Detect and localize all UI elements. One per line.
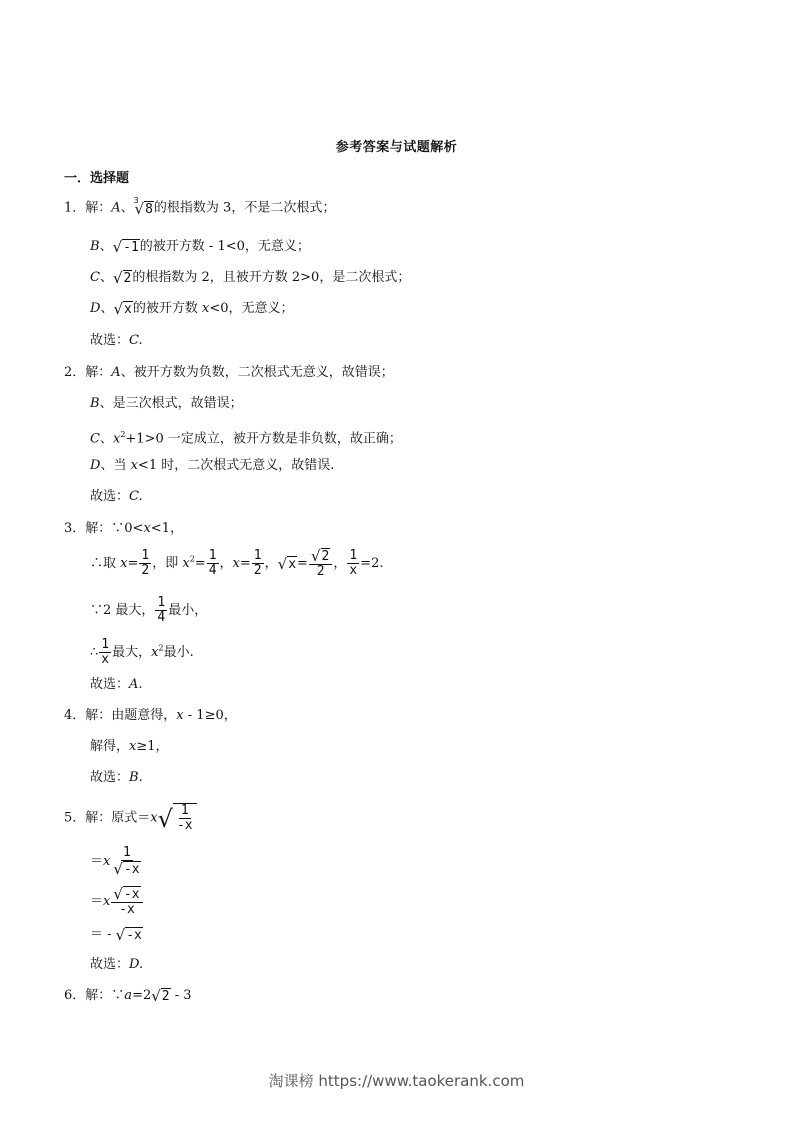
denominator: x bbox=[99, 653, 111, 667]
denominator: 4 bbox=[207, 564, 219, 578]
q4-line-1: 4．解：由题意得，x - 1≥0， bbox=[64, 707, 237, 725]
separator: 、 bbox=[100, 270, 113, 285]
radicand: -x bbox=[123, 861, 141, 877]
text: 、被开方数为负数，二次根式无意义，故错误； bbox=[121, 365, 394, 380]
denominator: 2 bbox=[315, 565, 327, 579]
q3-line-2: ∴取 x=12，即 x2=14，x=12，√x=√22，1x=2. bbox=[90, 548, 383, 579]
numerator: 1 bbox=[347, 549, 359, 564]
radical-icon: √ bbox=[151, 988, 161, 1004]
answer-label: 故选： bbox=[90, 333, 129, 348]
root-index: 3 bbox=[134, 192, 139, 210]
radical-icon: √ bbox=[113, 301, 123, 317]
denominator: 2 bbox=[139, 564, 151, 578]
radical-icon: √ bbox=[113, 239, 123, 255]
radicand: x bbox=[123, 301, 133, 317]
variable: x bbox=[233, 556, 240, 571]
text: 解：∵ bbox=[85, 988, 124, 1003]
separator: 、 bbox=[100, 301, 113, 316]
separator: 、 bbox=[121, 201, 134, 216]
square-root: √2 bbox=[151, 988, 170, 1004]
q1-line-3: C、√2的根指数为 2，且被开方数 2>0，是二次根式； bbox=[90, 269, 410, 287]
q4-answer: 故选：B. bbox=[90, 769, 143, 787]
fraction: 14 bbox=[155, 596, 167, 625]
text: 解：由题意得， bbox=[85, 708, 176, 723]
square-root: √-x bbox=[116, 927, 143, 943]
variable: x bbox=[103, 854, 110, 869]
option-label: A bbox=[111, 201, 120, 216]
fraction: 1-x bbox=[175, 804, 195, 833]
q5-line-3: ＝x√-x-x bbox=[90, 886, 144, 917]
cube-root: 3√8 bbox=[134, 199, 154, 217]
square-root: √-x bbox=[113, 886, 140, 902]
equals: = bbox=[240, 556, 251, 571]
numerator: 1 bbox=[139, 549, 151, 564]
answer-choice: C. bbox=[129, 489, 143, 504]
text: <0，无意义； bbox=[209, 301, 293, 316]
numerator: √2 bbox=[309, 548, 332, 565]
page-title: 参考答案与试题解析 bbox=[0, 136, 793, 155]
footer-watermark: 淘课榜 https://www.taokerank.com bbox=[0, 1070, 793, 1091]
radicand: -1 bbox=[122, 239, 140, 255]
numerator: 1 bbox=[99, 638, 111, 653]
variable: x bbox=[131, 458, 138, 473]
fraction: 12 bbox=[139, 549, 151, 578]
q6-line-1: 6．解：∵a=2√2 - 3 bbox=[64, 987, 192, 1005]
q1-answer: 故选：C. bbox=[90, 332, 143, 350]
denominator: -x bbox=[175, 819, 195, 833]
text: 解得， bbox=[90, 739, 129, 754]
text: - 3 bbox=[171, 988, 192, 1003]
text: 、是三次根式，故错误； bbox=[100, 396, 243, 411]
variable: x bbox=[143, 521, 150, 536]
equals: ＝ bbox=[90, 894, 103, 909]
text: ∵2 最大， bbox=[90, 603, 154, 618]
text: ∴取 bbox=[90, 556, 120, 571]
radical-icon: √ bbox=[311, 548, 321, 564]
q5-answer: 故选：D. bbox=[90, 956, 143, 974]
q5-line-2: ＝x1√-x bbox=[90, 846, 144, 877]
answer-label: 故选： bbox=[90, 770, 129, 785]
fraction: 12 bbox=[252, 549, 264, 578]
variable: a bbox=[124, 988, 132, 1003]
equals: = bbox=[127, 556, 138, 571]
numerator: √-x bbox=[111, 886, 142, 903]
radical-icon: √ bbox=[278, 556, 288, 572]
text: 的根指数为 3，不是二次根式； bbox=[154, 201, 335, 216]
q2-line-3: C、x2+1>0 一定成立，被开方数是非负数，故正确； bbox=[90, 426, 402, 448]
text: ， bbox=[220, 556, 233, 571]
text: =2 bbox=[132, 988, 151, 1003]
text: ， bbox=[265, 556, 278, 571]
numerator: 1 bbox=[155, 596, 167, 611]
radical-icon: √ bbox=[116, 927, 126, 943]
numerator: 1 bbox=[252, 549, 264, 564]
radical-icon: √ bbox=[113, 270, 123, 286]
text: - 1≥0， bbox=[184, 708, 237, 723]
q2-line-4: D、当 x<1 时，二次根式无意义，故错误. bbox=[90, 457, 334, 475]
separator: 、 bbox=[100, 431, 113, 446]
numerator: 1 bbox=[121, 846, 133, 861]
radicand: 8 bbox=[144, 201, 154, 217]
q3-answer: 故选：A. bbox=[90, 676, 143, 694]
answer-choice: D. bbox=[129, 957, 143, 972]
square-root: √-1 bbox=[113, 239, 140, 255]
fraction: 1x bbox=[99, 638, 111, 667]
radicand: 2 bbox=[321, 548, 331, 564]
fraction: √22 bbox=[309, 548, 332, 579]
text: ，即 bbox=[152, 556, 182, 571]
radicand: 2 bbox=[161, 988, 171, 1004]
text: ≥1， bbox=[136, 739, 168, 754]
answer-label: 故选： bbox=[90, 489, 129, 504]
q5-line-4: ＝ - √-x bbox=[90, 926, 143, 944]
denominator: √-x bbox=[111, 861, 142, 877]
question-number: 3． bbox=[64, 521, 85, 536]
separator: 、 bbox=[100, 239, 113, 254]
radical-icon: √ bbox=[158, 805, 173, 833]
text: 的被开方数 bbox=[133, 301, 202, 316]
equals: = bbox=[297, 556, 308, 571]
q2-line-2: B、是三次根式，故错误； bbox=[90, 395, 243, 413]
solution-label: 解： bbox=[85, 365, 111, 380]
numerator: 1 bbox=[207, 549, 219, 564]
square-root: √-x bbox=[113, 861, 140, 877]
denominator: 4 bbox=[155, 611, 167, 625]
text: 解：原式＝ bbox=[85, 811, 150, 826]
q5-line-1: 5．解：原式＝x√1-x bbox=[64, 803, 197, 833]
numerator: 1 bbox=[179, 804, 191, 819]
q2-answer: 故选：C. bbox=[90, 488, 143, 506]
text: ∴ bbox=[90, 645, 98, 660]
radicand: -x bbox=[125, 927, 143, 943]
section-heading: 一．选择题 bbox=[64, 167, 129, 186]
square-root: √x bbox=[278, 556, 297, 572]
text: 、当 bbox=[100, 458, 130, 473]
q3-line-3: ∵2 最大，14最小， bbox=[90, 596, 207, 625]
denominator: 2 bbox=[252, 564, 264, 578]
answer-choice: A. bbox=[129, 677, 143, 692]
text: <1 时，二次根式无意义，故错误. bbox=[138, 458, 334, 473]
text: 最小. bbox=[164, 645, 194, 660]
question-number: 5． bbox=[64, 811, 85, 826]
text: ， bbox=[333, 556, 346, 571]
option-label: A bbox=[111, 365, 120, 380]
square-root: √2 bbox=[113, 270, 132, 286]
q1-line-1: 1．解：A、3√8的根指数为 3，不是二次根式； bbox=[64, 199, 335, 218]
text: 解：∵0< bbox=[85, 521, 143, 536]
fraction: 1√-x bbox=[111, 846, 142, 877]
square-root: √2 bbox=[311, 548, 330, 564]
variable: x bbox=[150, 811, 157, 826]
variable: x bbox=[176, 708, 183, 723]
question-number: 4． bbox=[64, 708, 85, 723]
radical-icon: √ bbox=[113, 861, 123, 877]
q3-line-4: ∴1x最大，x2最小. bbox=[90, 638, 194, 667]
option-label: D bbox=[90, 301, 100, 316]
text: 最小， bbox=[168, 603, 207, 618]
question-number: 1． bbox=[64, 201, 85, 216]
q1-line-2: B、√-1的被开方数 - 1<0，无意义； bbox=[90, 238, 310, 256]
fraction: 14 bbox=[207, 549, 219, 578]
text: 的被开方数 - 1<0，无意义； bbox=[140, 239, 310, 254]
radicand: 2 bbox=[123, 270, 133, 286]
text: 的根指数为 2，且被开方数 2>0，是二次根式； bbox=[132, 270, 410, 285]
variable: x bbox=[182, 556, 189, 571]
q2-line-1: 2．解：A、被开方数为负数，二次根式无意义，故错误； bbox=[64, 364, 394, 382]
denominator: -x bbox=[117, 903, 137, 917]
answer-label: 故选： bbox=[90, 677, 129, 692]
question-number: 2． bbox=[64, 365, 85, 380]
q1-line-4: D、√x的被开方数 x<0，无意义； bbox=[90, 300, 294, 318]
option-label: B bbox=[90, 239, 100, 254]
text: =2. bbox=[360, 556, 383, 571]
square-root: √x bbox=[113, 301, 132, 317]
equals: ＝ - bbox=[90, 927, 116, 942]
option-label: C bbox=[90, 270, 100, 285]
fraction: √-x-x bbox=[111, 886, 142, 917]
answer-choice: C. bbox=[129, 333, 143, 348]
radical-icon: √ bbox=[113, 886, 123, 902]
text: 最大， bbox=[112, 645, 151, 660]
text: <1， bbox=[151, 521, 183, 536]
variable: x bbox=[103, 894, 110, 909]
option-label: D bbox=[90, 458, 100, 473]
solution-label: 解： bbox=[85, 201, 111, 216]
question-number: 6． bbox=[64, 988, 85, 1003]
answer-choice: B. bbox=[129, 770, 143, 785]
equals: = bbox=[195, 556, 206, 571]
equals: ＝ bbox=[90, 854, 103, 869]
answer-label: 故选： bbox=[90, 957, 129, 972]
q3-line-1: 3．解：∵0<x<1， bbox=[64, 520, 183, 538]
fraction: 1x bbox=[347, 549, 359, 578]
option-label: C bbox=[90, 431, 100, 446]
radicand: 1-x bbox=[173, 803, 197, 833]
q4-line-2: 解得，x≥1， bbox=[90, 738, 169, 756]
text: +1>0 一定成立，被开方数是非负数，故正确； bbox=[125, 431, 401, 446]
option-label: B bbox=[90, 396, 100, 411]
square-root: √1-x bbox=[158, 803, 197, 833]
radicand: x bbox=[287, 556, 297, 572]
radicand: -x bbox=[123, 886, 141, 902]
denominator: x bbox=[347, 564, 359, 578]
